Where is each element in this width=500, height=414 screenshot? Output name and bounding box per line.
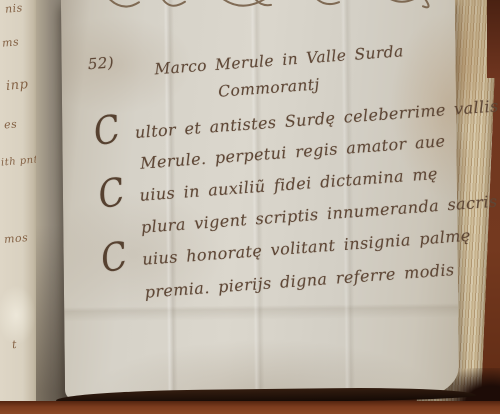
facing-page-text-fragment: es (3, 117, 17, 131)
cover-bottom-edge (0, 401, 500, 414)
manuscript-photo: nis ms inp es ith pnt mos t 52) Marco Me… (0, 0, 500, 414)
facing-page-text-fragment: mos (3, 231, 28, 246)
poem-title-line-1: Marco Merule in Valle Surda (154, 42, 404, 78)
handwritten-text-block: 52) Marco Merule in Valle Surda Commoran… (61, 0, 483, 399)
facing-page-text-fragment: inp (5, 77, 29, 94)
facing-page-text-fragment: nis (4, 1, 23, 15)
initial-capital: C (91, 110, 124, 153)
initial-capital: C (95, 172, 128, 215)
facing-page-text-fragment: ms (1, 35, 19, 49)
manuscript-page: 52) Marco Merule in Valle Surda Commoran… (61, 0, 459, 400)
poem-number: 52) (87, 53, 114, 73)
verse-text: premia. pierijs digna referre modis (144, 260, 455, 302)
poem-title-line-2: Commorantj (218, 75, 321, 100)
facing-page-edge: nis ms inp es ith pnt mos t (0, 0, 41, 404)
verse-line: premia. pierijs digna referre modis (144, 260, 455, 302)
initial-capital: C (98, 236, 131, 279)
facing-page-text-fragment: t (11, 338, 17, 351)
cover-top-right (487, 0, 500, 78)
facing-page-text-fragment: ith pnt (1, 154, 39, 168)
